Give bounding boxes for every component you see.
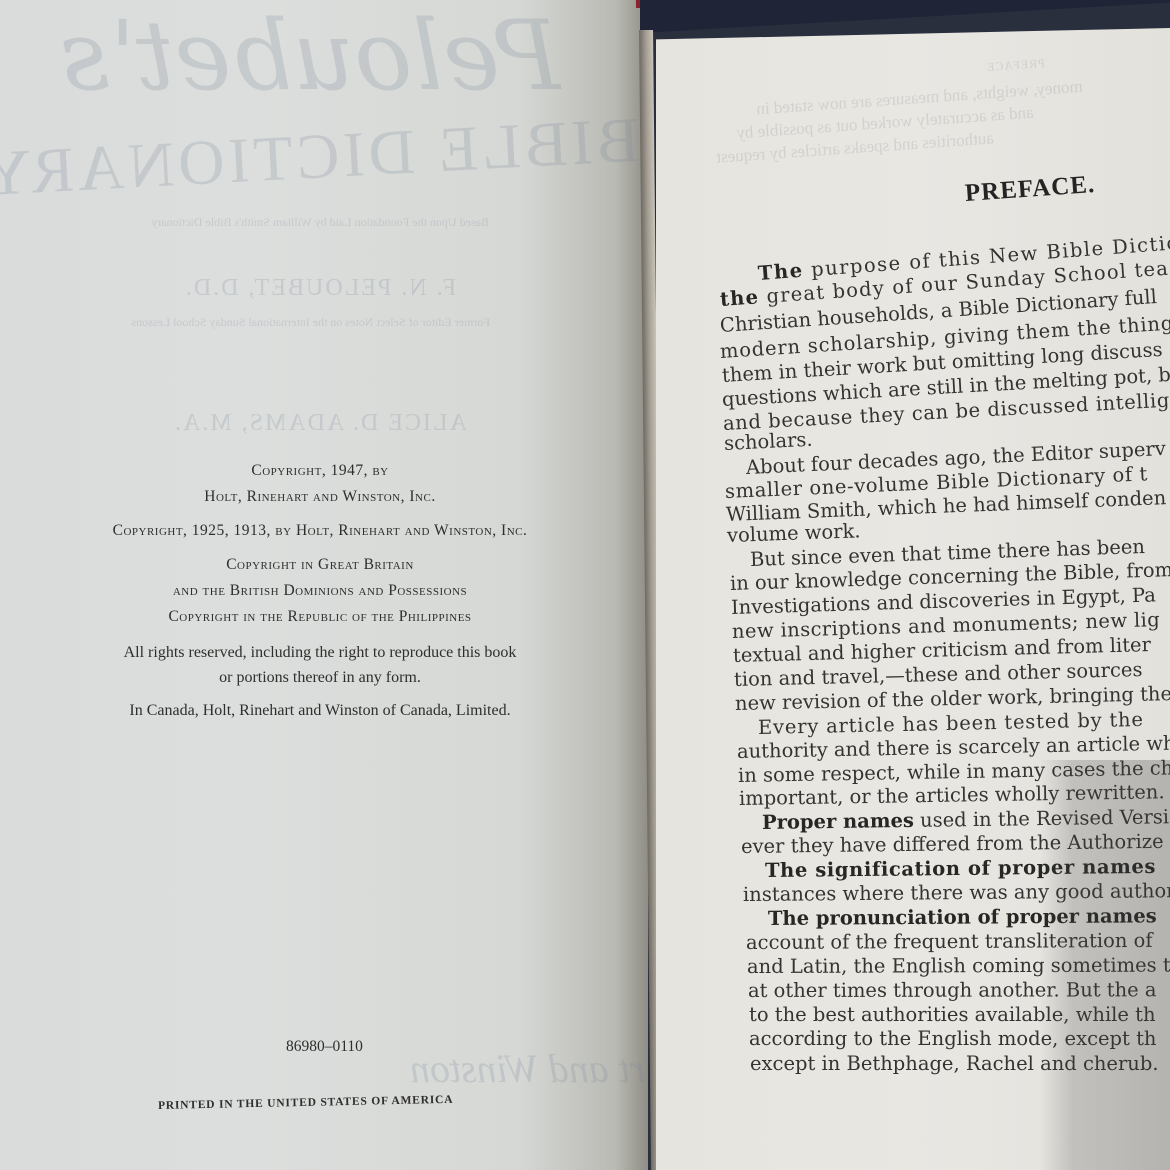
text-line: and Latin, the English coming sometimes … [747,954,1170,978]
text-line: to the best authorities available, while… [749,1003,1156,1026]
text-line: volume work. [727,519,861,547]
text-line: according to the English mode, except th [749,1027,1156,1050]
open-book-spread: Peloubet's BIBLE DICTIONARY Based Upon t… [0,0,1170,1170]
text-line: The pronunciation of proper names [768,904,1157,930]
text-line: except in Bethphage, Rachel and cherub. [750,1052,1159,1075]
text-line: instances where there was any good autho… [743,879,1170,906]
text-line: ever they have differed from the Authori… [741,830,1164,858]
preface-body: The purpose of this New Bible Dictio the… [0,0,1170,1170]
text-line: scholars. [723,428,813,455]
text-line: The signification of proper names [765,855,1156,882]
text-line: at other times through another. But the … [748,978,1157,1002]
text-line: account of the frequent transliteration … [746,929,1153,954]
